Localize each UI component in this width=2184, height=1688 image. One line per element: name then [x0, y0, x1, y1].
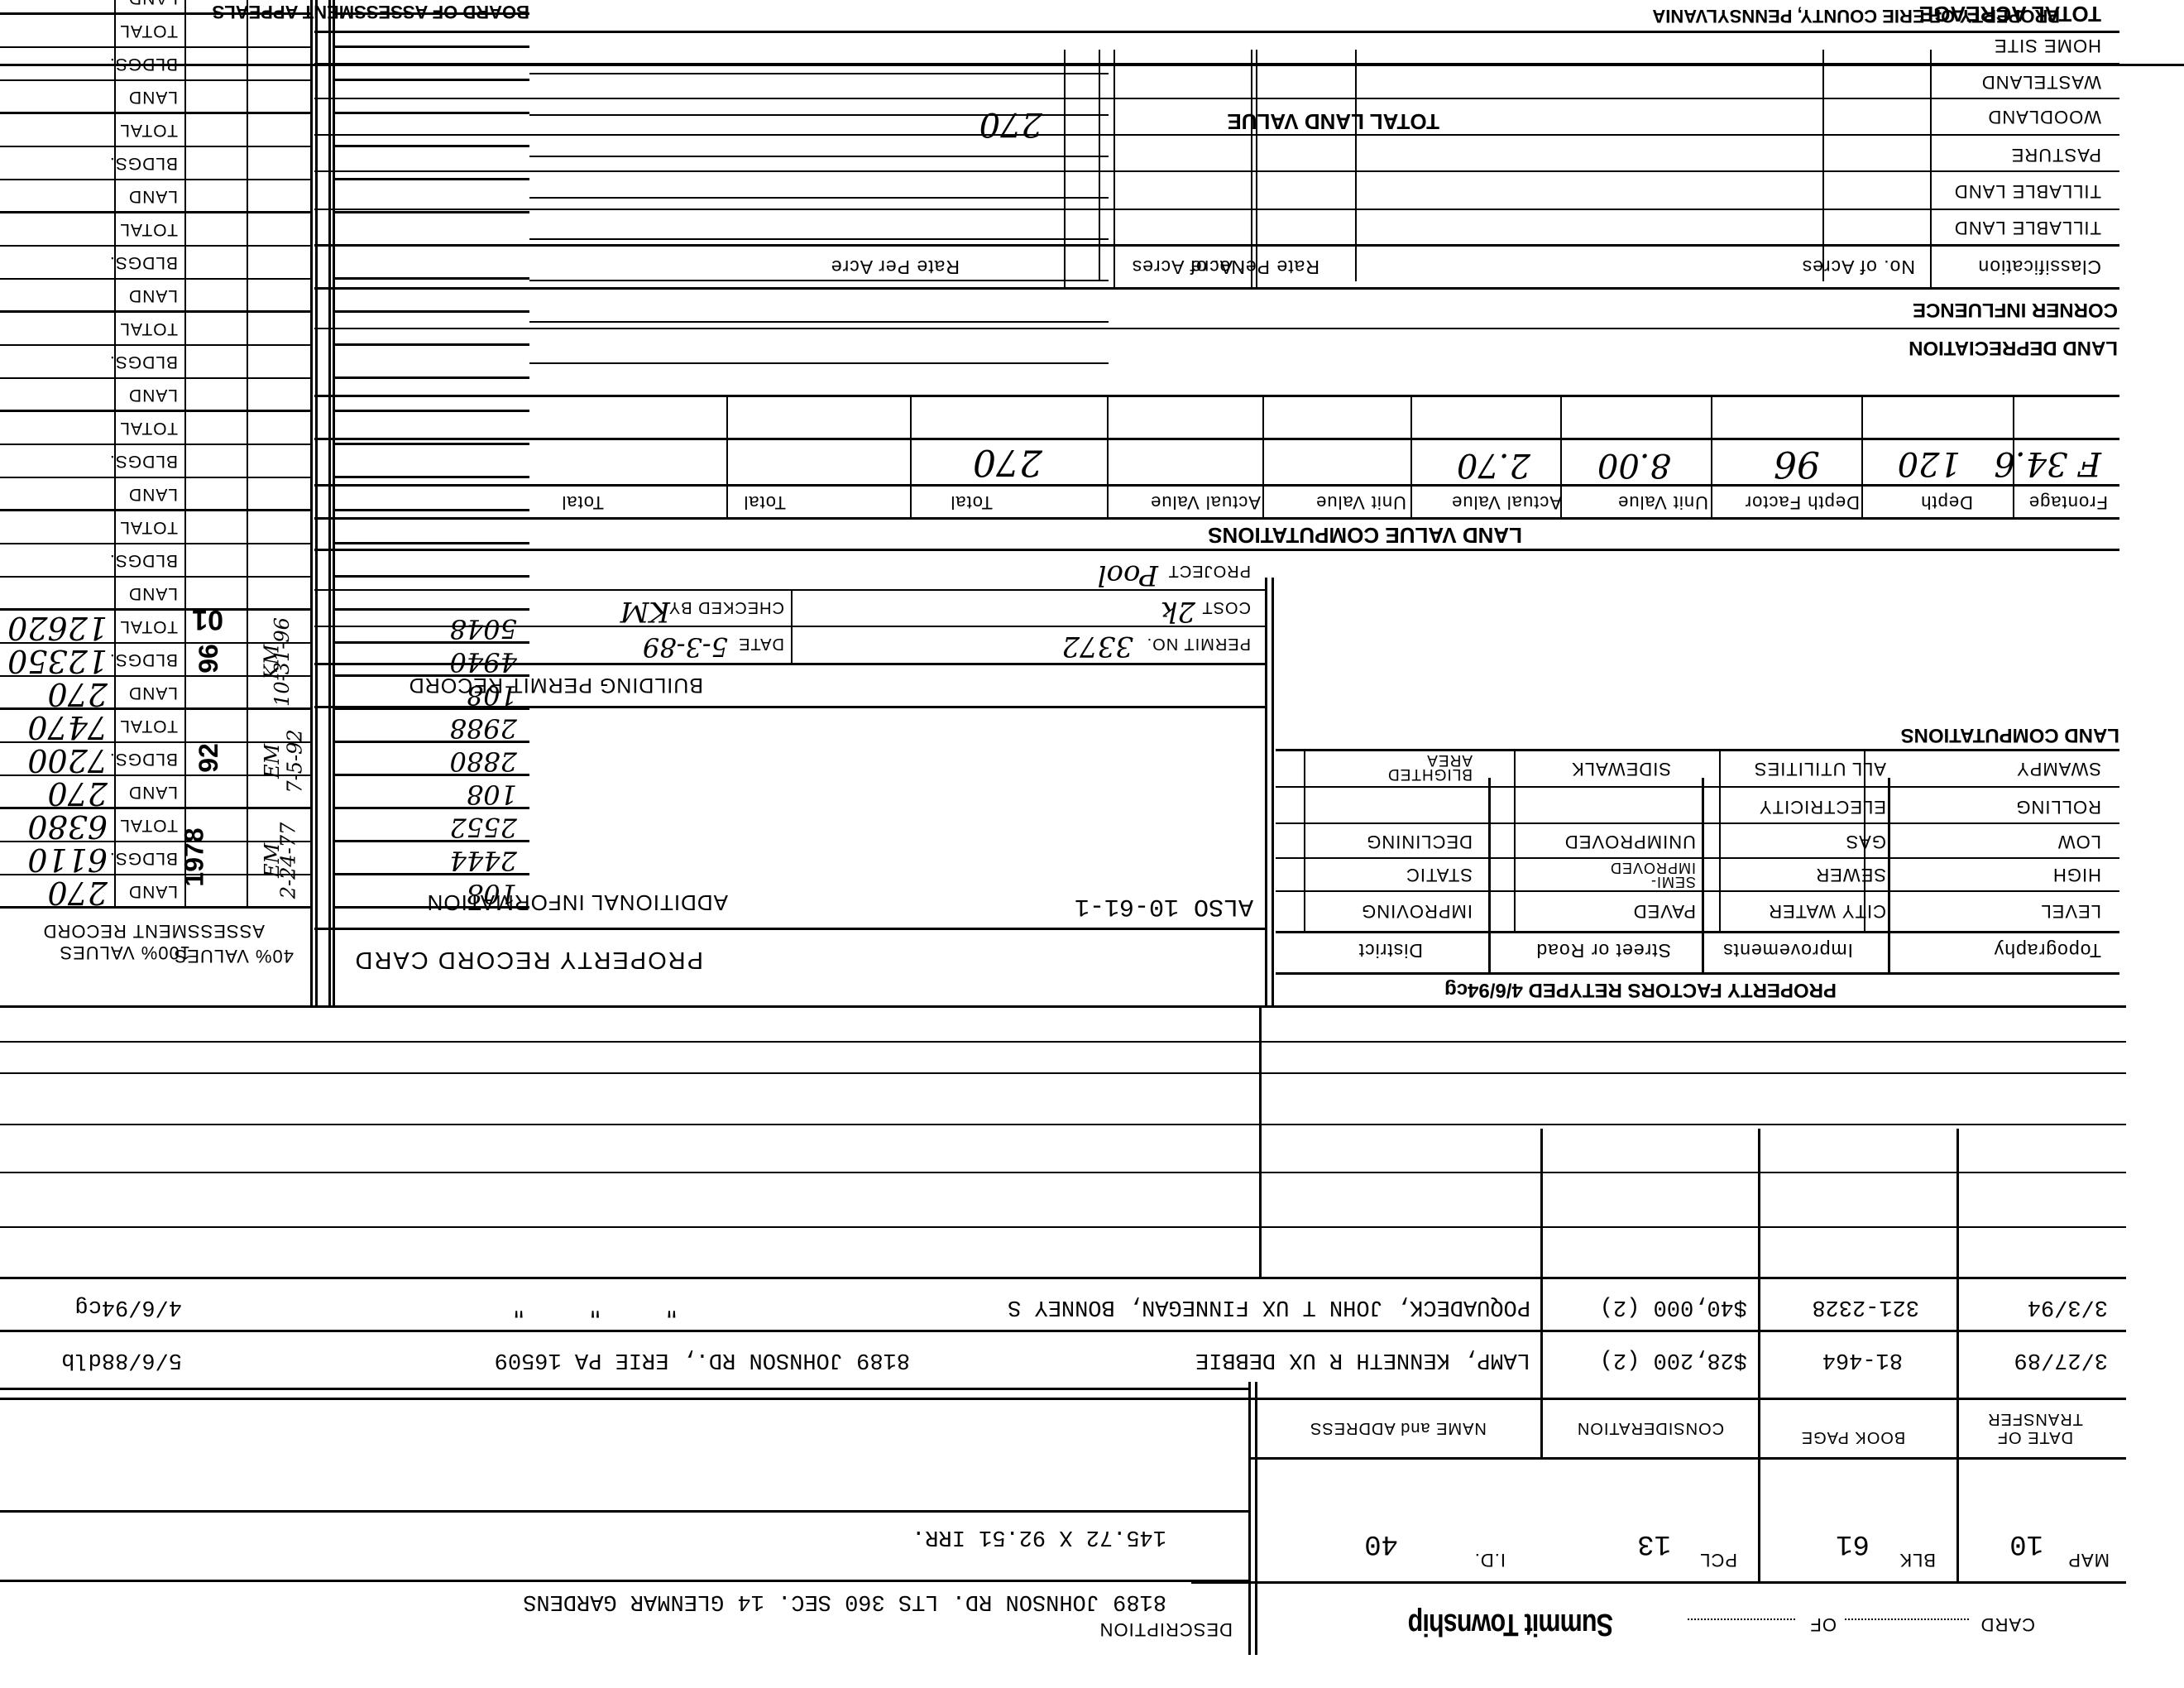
- factor-option[interactable]: PAVED: [1633, 902, 1696, 920]
- divider: [314, 549, 2119, 551]
- divider: [1259, 1006, 1262, 1279]
- divider: [529, 238, 1109, 240]
- divider: [114, 313, 116, 412]
- divider: [247, 809, 248, 909]
- divider: [0, 543, 313, 544]
- assessment-100pct-value[interactable]: 6110: [27, 844, 108, 875]
- book-page-header: BOOK PAGE: [1762, 1428, 1944, 1446]
- divider: [314, 134, 2119, 136]
- factor-option[interactable]: UNIMPROVED: [1564, 832, 1696, 851]
- assessment-row-label: TOTAL: [119, 817, 178, 834]
- acreage-row-label: WASTELAND: [1981, 73, 2101, 91]
- lvc-header-depth: Depth: [1920, 493, 1973, 511]
- transfer-note: 5/6/88dlb: [61, 1348, 182, 1370]
- assessment-row-label: TOTAL: [119, 420, 178, 437]
- assessment-40pct-value[interactable]: 108: [467, 682, 517, 708]
- divider: [314, 517, 2119, 520]
- lvc-total[interactable]: 270: [973, 444, 1042, 480]
- assessment-year: 92: [195, 743, 222, 773]
- lvc-header-total-3: Total: [562, 493, 604, 511]
- divider: [1711, 396, 1712, 520]
- permit-no-label: PERMIT NO.: [1147, 635, 1251, 652]
- divider: [1107, 396, 1109, 520]
- assessment-100pct-value[interactable]: 7200: [27, 745, 108, 776]
- factor-option[interactable]: STATIC: [1406, 866, 1473, 884]
- assessment-row-label: BLDGS.: [109, 552, 178, 569]
- divider: [0, 46, 313, 48]
- acreage-row-label: TILLABLE LAND: [1954, 182, 2101, 200]
- township-name: Summit Township: [1408, 1609, 1613, 1640]
- divider: [1248, 1382, 1251, 1655]
- divider: [184, 611, 186, 710]
- divider: [1888, 778, 1890, 975]
- divider: [0, 112, 313, 114]
- divider: [334, 310, 529, 313]
- assessment-row-label: LAND: [128, 784, 178, 801]
- project-label: PROJECT: [1168, 563, 1251, 579]
- forty-percent-label: 40% VALUES: [174, 947, 294, 965]
- assessment-row-label: TOTAL: [119, 618, 178, 635]
- divider: [0, 278, 313, 280]
- project-value[interactable]: Pool: [1098, 561, 1158, 589]
- assessment-row-label: BLDGS.: [109, 453, 178, 470]
- divider: [529, 31, 1109, 33]
- acreage-row-label: PASTURE: [2011, 146, 2101, 164]
- divider: [529, 280, 1109, 281]
- transfer-book-page: 321-2328: [1812, 1295, 1919, 1317]
- divider: [334, 509, 529, 511]
- lvc-frontage[interactable]: F 34.6: [1994, 447, 2101, 480]
- assessment-100pct-value[interactable]: 7470: [27, 712, 108, 743]
- divider: [1064, 50, 1066, 290]
- corner-influence-label: CORNER INFLUENCE: [1913, 300, 2118, 319]
- divider: [114, 412, 116, 511]
- divider: [334, 211, 529, 213]
- topography-header: Topography: [1994, 941, 2101, 960]
- assessment-row-label: BLDGS.: [109, 850, 178, 867]
- record-card-title: PROPERTY RECORD CARD: [354, 947, 703, 971]
- land-depreciation-label: LAND DEPRECIATION: [1909, 338, 2118, 357]
- assessment-row-label: BLDGS.: [109, 353, 178, 371]
- transfer-date: 3/3/94: [2028, 1295, 2108, 1317]
- transfer-consideration: $40,000 (2): [1600, 1295, 1747, 1317]
- card-of-label: OF: [1809, 1615, 1837, 1633]
- divider: [0, 1041, 2126, 1043]
- pcl-value: 13: [1637, 1529, 1671, 1557]
- divider: [1355, 50, 1357, 281]
- divider: [314, 484, 2119, 487]
- divider: [114, 0, 116, 15]
- assessment-title: ASSESSMENT RECORD: [43, 922, 265, 940]
- description-line1: 8189 JOHNSON RD. LTS 360 SEC. 14 GLENMAR…: [523, 1590, 1166, 1612]
- lvc-header-unit-value-2: Unit Value: [1315, 493, 1406, 511]
- assessment-40pct-value[interactable]: 108: [467, 880, 517, 907]
- board-of-appeals-header: BOARD OF ASSESSMENT APPEALS: [213, 2, 529, 21]
- divider: [1276, 890, 2119, 892]
- assessment-note: EM: [262, 744, 282, 779]
- divider: [314, 98, 2119, 99]
- assessment-row-label: LAND: [128, 287, 178, 305]
- divider: [0, 344, 313, 346]
- assessment-year: 96: [195, 644, 222, 674]
- lvc-unit-value[interactable]: 8.00: [1597, 448, 1671, 482]
- divider: [334, 145, 529, 147]
- factor-option[interactable]: SWAMPY: [2016, 760, 2101, 778]
- divider: [0, 410, 313, 412]
- card-of-field[interactable]: [1688, 1618, 1795, 1620]
- assessment-row-label: BLDGS.: [109, 750, 178, 768]
- divider: [529, 362, 1109, 364]
- divider: [0, 1510, 1249, 1513]
- divider: [334, 575, 529, 578]
- divider: [334, 376, 529, 379]
- factor-option[interactable]: SEMI-IMPROVED: [1613, 861, 1696, 889]
- transfer-name: POQUADECK, JOHN T UX FINNEGAN, BONNEY S: [1008, 1295, 1530, 1317]
- assessment-40pct-value[interactable]: 2880: [450, 748, 517, 774]
- factor-option[interactable]: SIDEWALK: [1571, 760, 1671, 778]
- factor-option[interactable]: IMPROVING: [1361, 902, 1473, 920]
- divider: [0, 576, 313, 578]
- divider: [1191, 1581, 2126, 1584]
- assessment-note: EM: [262, 843, 282, 878]
- factor-option[interactable]: SEWER: [1815, 866, 1886, 884]
- assessment-100pct-value[interactable]: 6380: [27, 811, 108, 842]
- divider: [114, 710, 116, 809]
- assessment-row-label: TOTAL: [119, 221, 178, 238]
- assessment-row-label: LAND: [128, 585, 178, 602]
- factor-option[interactable]: ALL UTILITIES: [1754, 760, 1886, 778]
- assessment-note: KM: [262, 645, 282, 680]
- divider: [114, 611, 116, 710]
- divider: [1099, 50, 1100, 281]
- divider: [1702, 778, 1704, 975]
- divider: [529, 321, 1109, 323]
- divider: [184, 710, 186, 809]
- divider: [314, 287, 2119, 290]
- divider: [0, 211, 313, 213]
- factor-option[interactable]: ROLLING: [2015, 798, 2101, 816]
- divider: [1114, 50, 1115, 290]
- street-road-header: Street or Road: [1535, 941, 1671, 960]
- divider: [1256, 50, 1257, 290]
- permit-date-label: DATE: [738, 635, 784, 652]
- acres-header-1: No. of Acres: [1802, 257, 1915, 276]
- divider: [247, 710, 248, 809]
- assessment-extra-marker: 01: [192, 606, 223, 634]
- map-label: MAP: [2067, 1551, 2110, 1569]
- property-factors-title: PROPERTY FACTORS RETYPED 4/6/94cg: [1444, 980, 1837, 1000]
- divider: [184, 412, 186, 511]
- divider: [314, 170, 2119, 172]
- blk-value: 61: [1836, 1529, 1870, 1557]
- divider: [184, 313, 186, 412]
- divider: [0, 1172, 2126, 1173]
- factor-option[interactable]: DECLINING: [1366, 832, 1473, 851]
- divider: [1262, 396, 1264, 520]
- divider: [1276, 931, 2119, 933]
- cost-label: COST: [1201, 599, 1251, 616]
- acres-header-2: No. of Acres: [1132, 257, 1245, 276]
- property-record-card-page: CARD OF Summit Township MAP 10 BLK 61 PC…: [0, 0, 2184, 1688]
- divider: [1719, 751, 1721, 933]
- id-value: 40: [1364, 1529, 1398, 1557]
- divider: [334, 244, 529, 247]
- lvc-header-total-2: Total: [744, 493, 786, 511]
- map-value: 10: [2009, 1529, 2043, 1557]
- divider: [114, 114, 116, 213]
- cost-value[interactable]: 2k: [1161, 597, 1195, 626]
- lvc-header-frontage: Frontage: [2028, 493, 2108, 511]
- divider: [314, 395, 2119, 397]
- transfer-name: LAMP, KENNETH R UX DEBBIE: [1195, 1348, 1530, 1370]
- divider: [529, 156, 1109, 157]
- assessment-row-label: LAND: [128, 188, 178, 205]
- assessment-40pct-value[interactable]: 2552: [450, 814, 517, 841]
- divider: [1540, 1129, 1543, 1460]
- id-label: I.D.: [1474, 1551, 1506, 1569]
- divider: [247, 611, 248, 710]
- acreage-row-label: WOODLAND: [1987, 108, 2101, 126]
- divider: [1276, 786, 2119, 788]
- divider: [0, 1124, 2126, 1125]
- assessment-100pct-value[interactable]: 12620: [7, 612, 108, 644]
- assessment-row-label: LAND: [128, 0, 178, 7]
- divider: [1758, 1460, 1760, 1584]
- divider: [0, 64, 2184, 66]
- assessment-row-label: TOTAL: [119, 320, 178, 338]
- divider: [0, 444, 313, 445]
- assessment-row-label: TOTAL: [119, 519, 178, 536]
- assessment-40pct-value[interactable]: 108: [467, 781, 517, 808]
- land-computations-title: LAND COMPUTATIONS: [1901, 725, 2119, 745]
- total-land-value[interactable]: 270: [979, 108, 1042, 141]
- divider: [0, 377, 313, 379]
- assessment-row-label: TOTAL: [119, 22, 178, 40]
- lvc-header-actual-value: Actual Value: [1451, 493, 1562, 511]
- total-land-value-label: TOTAL LAND VALUE: [1227, 111, 1439, 132]
- divider: [0, 245, 313, 247]
- divider: [334, 79, 529, 81]
- classification-header: Classification: [1978, 257, 2102, 276]
- divider: [529, 73, 1109, 74]
- blk-label: BLK: [1899, 1551, 1936, 1569]
- divider: [1488, 778, 1491, 975]
- divider: [247, 313, 248, 412]
- assessment-row-label: BLDGS.: [109, 254, 178, 271]
- divider: [314, 328, 2119, 329]
- checked-by-label: CHECKED BY: [668, 599, 784, 616]
- property-owner-header: PROPERTY OF ERIE COUNTY, PENNSYLVANIA: [1652, 7, 2060, 25]
- divider: [0, 1330, 2126, 1332]
- transfer-consideration: $28,200 (2): [1600, 1348, 1747, 1370]
- divider: [114, 511, 116, 611]
- divider: [334, 178, 529, 180]
- assessment-row-label: LAND: [128, 486, 178, 503]
- description-label: DESCRIPTION: [1099, 1620, 1233, 1638]
- divider: [910, 396, 912, 520]
- lvc-header-actual-value-2: Actual Value: [1150, 493, 1261, 511]
- divider: [0, 1388, 1249, 1390]
- divider: [314, 244, 2119, 247]
- divider: [334, 542, 529, 544]
- factor-option[interactable]: CITY WATER: [1768, 902, 1886, 920]
- assessment-date: 7-5-92: [285, 729, 304, 793]
- assessment-40pct-value[interactable]: 5048: [450, 616, 517, 642]
- assessment-100pct-value[interactable]: 270: [47, 679, 108, 710]
- divider: [334, 46, 529, 48]
- land-value-computations-title: LAND VALUE COMPUTATIONS: [1208, 525, 1522, 546]
- divider: [334, 277, 529, 280]
- assessment-row-label: TOTAL: [119, 122, 178, 139]
- name-address-header: NAME and ADDRESS: [1257, 1420, 1539, 1436]
- assessment-100pct-value[interactable]: 270: [47, 778, 108, 809]
- divider: [791, 591, 793, 665]
- divider: [0, 1277, 2126, 1279]
- lvc-header-unit-value: Unit Value: [1617, 493, 1708, 511]
- transfer-address: " " ": [487, 1295, 678, 1317]
- divider: [0, 1398, 2126, 1400]
- divider: [1956, 1129, 1959, 1460]
- divider: [114, 213, 116, 313]
- divider: [0, 608, 313, 611]
- assessment-100pct-value[interactable]: 12350: [7, 645, 108, 677]
- divider: [1276, 972, 2119, 975]
- assessment-40pct-value[interactable]: 2444: [450, 847, 517, 874]
- factor-option[interactable]: ELECTRICITY: [1759, 798, 1886, 816]
- lvc-actual-value[interactable]: 2.70: [1457, 448, 1530, 482]
- assessment-row-label: BLDGS.: [109, 155, 178, 172]
- transfer-address: 8189 JOHNSON RD., ERIE PA 16509: [495, 1348, 910, 1370]
- factor-option[interactable]: LOW: [2057, 832, 2101, 851]
- divider: [1251, 50, 1252, 290]
- transfer-date: 3/27/89: [2014, 1348, 2108, 1370]
- assessment-row-label: BLDGS.: [109, 651, 178, 669]
- factor-option[interactable]: BLIGHTED AREA: [1382, 753, 1473, 781]
- divider: [1276, 749, 2119, 751]
- divider: [334, 476, 529, 478]
- assessment-100pct-value[interactable]: 270: [47, 877, 108, 909]
- assessment-year: 1978: [180, 827, 207, 886]
- divider: [314, 209, 2119, 210]
- rate-per-acre-header-2: Rate Per Acre: [831, 257, 960, 276]
- acreage-row-label: TILLABLE LAND: [1954, 218, 2101, 237]
- transfer-book-page: 81-464: [1822, 1348, 1903, 1370]
- divider: [1864, 751, 1865, 933]
- divider: [1276, 822, 2119, 824]
- district-header: District: [1358, 941, 1423, 960]
- pcl-label: PCL: [1699, 1551, 1737, 1569]
- assessment-40pct-value[interactable]: 4940: [450, 649, 517, 675]
- divider: [0, 477, 313, 478]
- divider: [0, 1580, 1249, 1582]
- permit-no-value[interactable]: 3372: [1061, 632, 1133, 660]
- assessment-row-label: LAND: [128, 883, 178, 900]
- divider: [315, 0, 318, 1008]
- divider: [0, 509, 313, 511]
- divider: [1930, 50, 1932, 290]
- assessment-row-label: TOTAL: [119, 717, 178, 735]
- divider: [726, 396, 728, 520]
- lvc-header-total-1: Total: [951, 493, 993, 511]
- divider: [0, 179, 313, 180]
- divider: [1304, 751, 1305, 933]
- lvc-depth-factor[interactable]: 96: [1774, 445, 1820, 482]
- divider: [0, 1226, 2126, 1228]
- divider: [334, 608, 529, 611]
- divider: [314, 928, 1266, 930]
- divider: [1861, 396, 1863, 520]
- factor-option[interactable]: GAS: [1846, 832, 1886, 851]
- divider: [184, 213, 186, 313]
- divider: [0, 1005, 2126, 1008]
- card-number-field[interactable]: [1845, 1618, 1969, 1620]
- lvc-depth[interactable]: 120: [1898, 447, 1961, 480]
- card-label: CARD: [1980, 1615, 2035, 1633]
- divider: [310, 0, 313, 1008]
- divider: [184, 511, 186, 611]
- divider: [1956, 1460, 1959, 1584]
- transfer-note: 4/6/94cg: [74, 1295, 182, 1317]
- permit-date-value[interactable]: 5-3-89: [643, 634, 728, 660]
- divider: [247, 114, 248, 213]
- divider: [247, 213, 248, 313]
- divider: [1822, 50, 1824, 281]
- consideration-header: CONSIDERATION: [1547, 1420, 1754, 1436]
- acreage-row-label: HOME SITE: [1994, 36, 2101, 55]
- divider: [1272, 578, 1274, 1008]
- divider: [0, 1072, 2126, 1074]
- divider: [184, 0, 186, 15]
- date-of-transfer-header: DATE OF TRANSFER: [1961, 1410, 2110, 1446]
- divider: [184, 114, 186, 213]
- divider: [1276, 857, 2119, 859]
- divider: [314, 438, 2119, 440]
- checked-by-value[interactable]: KM: [620, 597, 670, 626]
- divider: [1265, 578, 1267, 1008]
- divider: [247, 412, 248, 511]
- factor-option[interactable]: HIGH: [2052, 866, 2101, 884]
- lvc-header-depth-factor: Depth Factor: [1745, 493, 1860, 511]
- divider: [0, 79, 313, 81]
- improvements-header: Improvements: [1722, 941, 1853, 960]
- description-line2: 145.72 X 92.51 IRR.: [912, 1525, 1166, 1547]
- divider: [333, 0, 335, 1008]
- divider: [0, 146, 313, 147]
- divider: [529, 197, 1109, 199]
- divider: [1410, 396, 1412, 520]
- divider: [247, 511, 248, 611]
- divider: [334, 443, 529, 445]
- assessment-subtitle: 100% VALUES: [59, 943, 190, 961]
- divider: [1514, 751, 1516, 933]
- assessment-row-label: LAND: [128, 386, 178, 404]
- divider: [334, 410, 529, 412]
- factor-option[interactable]: LEVEL: [2041, 902, 2102, 920]
- assessment-row-label: LAND: [128, 89, 178, 106]
- divider: [334, 343, 529, 346]
- divider: [0, 310, 313, 313]
- divider: [114, 809, 116, 909]
- assessment-40pct-value[interactable]: 2988: [450, 715, 517, 741]
- divider: [334, 112, 529, 114]
- divider: [1249, 1457, 2126, 1460]
- assessment-row-label: LAND: [128, 684, 178, 702]
- divider: [1758, 1129, 1760, 1460]
- divider: [328, 0, 331, 1008]
- additional-info-value: ALSO 10-61-1: [1075, 894, 1253, 918]
